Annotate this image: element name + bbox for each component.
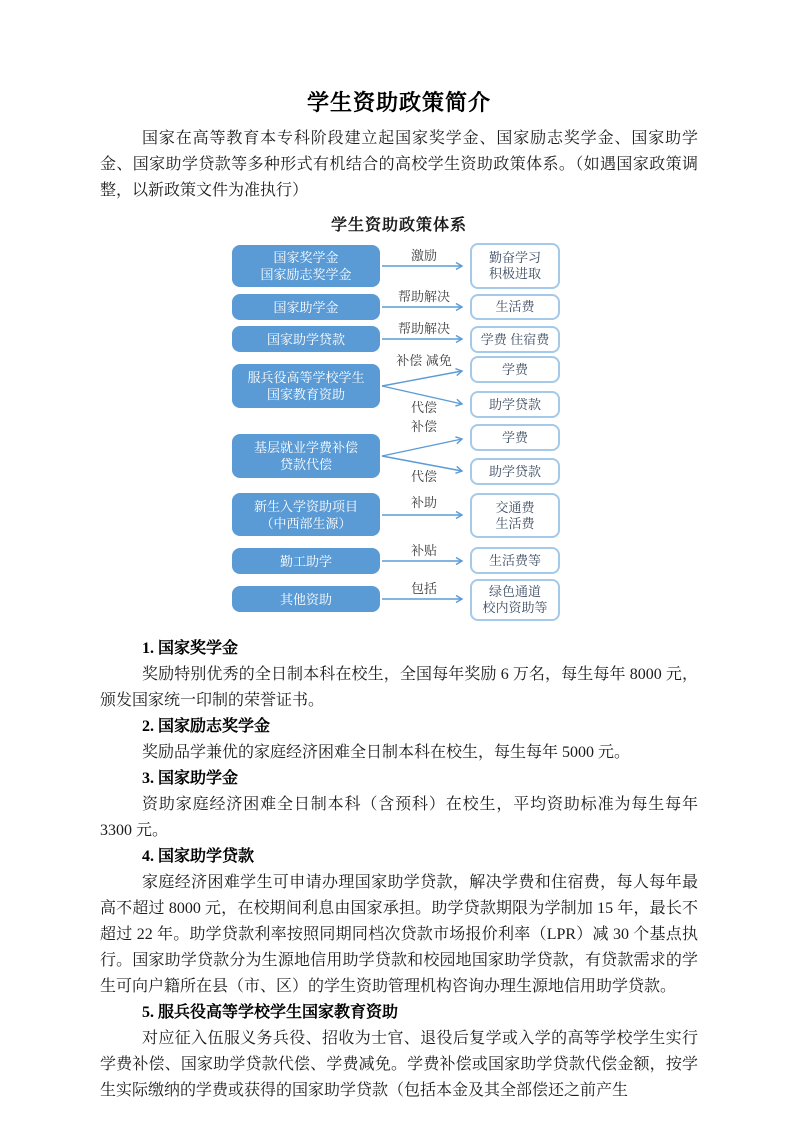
page-title: 学生资助政策简介	[100, 86, 698, 117]
flow-arrow-label: 代偿	[380, 400, 468, 415]
flow-target-box: 绿色通道 校内资助等	[470, 579, 560, 621]
flow-arrow-label: 包括	[380, 581, 468, 596]
flow-source-line: 其他资助	[280, 591, 332, 608]
flow-source-box: 基层就业学费补偿 贷款代偿	[232, 434, 380, 478]
section-body: 资助家庭经济困难全日制本科（含预科）在校生，平均资助标准为每生每年 3300 元…	[100, 792, 698, 844]
flow-target-line: 助学贷款	[489, 464, 541, 480]
flow-source-box: 勤工助学	[232, 548, 380, 574]
flow-source-line: 基层就业学费补偿	[254, 439, 358, 456]
flow-arrow-label: 激励	[380, 248, 468, 263]
flow-arrow-label: 补贴	[380, 543, 468, 558]
flow-target-line: 绿色通道	[489, 584, 541, 600]
section-heading: 5. 服兵役高等学校学生国家教育资助	[100, 1000, 698, 1026]
flow-target-line: 积极进取	[489, 266, 541, 282]
document-page: 学生资助政策简介 国家在高等教育本专科阶段建立起国家奖学金、国家励志奖学金、国家…	[0, 0, 793, 1122]
flow-arrow-label: 代偿	[380, 469, 468, 484]
flow-source-box: 国家奖学金 国家励志奖学金	[232, 245, 380, 287]
flow-arrow-label: 补偿 减免	[380, 353, 468, 368]
flow-target-line: 校内资助等	[482, 600, 547, 616]
section-body: 奖励特别优秀的全日制本科在校生，全国每年奖励 6 万名，每生每年 8000 元，…	[100, 662, 698, 714]
flow-source-box: 国家助学金	[232, 294, 380, 320]
flow-source-line: （中西部生源）	[260, 515, 351, 532]
flow-source-line: 国家助学贷款	[267, 331, 345, 348]
policy-flowchart: 国家奖学金 国家励志奖学金 激励 勤奋学习 积极进取 国家助学金 帮助解决 生活…	[232, 243, 564, 625]
section-body: 奖励品学兼优的家庭经济困难全日制本科在校生，每生每年 5000 元。	[100, 740, 698, 766]
flow-target-line: 生活费	[495, 516, 534, 532]
flow-source-line: 服兵役高等学校学生	[247, 369, 364, 386]
flow-arrow-label: 帮助解决	[380, 321, 468, 336]
diagram-title: 学生资助政策体系	[100, 212, 698, 235]
flow-target-line: 学费	[502, 430, 528, 446]
flow-arrow-label: 帮助解决	[380, 289, 468, 304]
flow-target-box: 学费 住宿费	[470, 326, 560, 353]
flow-target-line: 学费 住宿费	[481, 332, 550, 348]
flow-target-line: 勤奋学习	[489, 250, 541, 266]
flow-target-box: 学费	[470, 356, 560, 383]
flow-source-box: 其他资助	[232, 586, 380, 612]
flow-target-line: 助学贷款	[489, 397, 541, 413]
flow-target-line: 生活费等	[489, 553, 541, 569]
flow-source-box: 国家助学贷款	[232, 326, 380, 352]
flow-target-box: 生活费	[470, 294, 560, 320]
flow-source-line: 勤工助学	[280, 553, 332, 570]
section-heading: 1. 国家奖学金	[100, 636, 698, 662]
flow-arrow-label: 补助	[380, 495, 468, 510]
flow-target-box: 交通费 生活费	[470, 493, 560, 538]
flow-source-line: 国家励志奖学金	[260, 266, 351, 283]
flow-source-line: 国家助学金	[273, 299, 338, 316]
section-heading: 2. 国家励志奖学金	[100, 714, 698, 740]
flow-target-box: 助学贷款	[470, 458, 560, 485]
flow-arrow-label: 补偿	[380, 419, 468, 434]
intro-paragraph: 国家在高等教育本专科阶段建立起国家奖学金、国家励志奖学金、国家助学金、国家助学贷…	[100, 126, 698, 204]
flow-target-line: 生活费	[495, 299, 534, 315]
flow-target-box: 勤奋学习 积极进取	[470, 243, 560, 289]
flow-source-box: 服兵役高等学校学生 国家教育资助	[232, 364, 380, 408]
section-body: 对应征入伍服义务兵役、招收为士官、退役后复学或入学的高等学校学生实行学费补偿、国…	[100, 1026, 698, 1104]
flow-source-line: 国家教育资助	[267, 386, 345, 403]
section-body: 家庭经济困难学生可申请办理国家助学贷款，解决学费和住宿费，每人每年最高不超过 8…	[100, 870, 698, 1000]
flow-source-line: 国家奖学金	[273, 249, 338, 266]
flow-target-box: 助学贷款	[470, 391, 560, 418]
section-heading: 3. 国家助学金	[100, 766, 698, 792]
arrow-line	[382, 371, 462, 386]
section-heading: 4. 国家助学贷款	[100, 844, 698, 870]
flow-target-line: 交通费	[495, 500, 534, 516]
flow-source-line: 新生入学资助项目	[254, 498, 358, 515]
arrow-line	[382, 439, 462, 456]
flow-source-line: 贷款代偿	[280, 456, 332, 473]
flow-target-box: 生活费等	[470, 547, 560, 574]
flow-source-box: 新生入学资助项目 （中西部生源）	[232, 493, 380, 536]
flow-target-line: 学费	[502, 362, 528, 378]
flow-target-box: 学费	[470, 424, 560, 451]
policy-sections: 1. 国家奖学金 奖励特别优秀的全日制本科在校生，全国每年奖励 6 万名，每生每…	[100, 636, 698, 1104]
